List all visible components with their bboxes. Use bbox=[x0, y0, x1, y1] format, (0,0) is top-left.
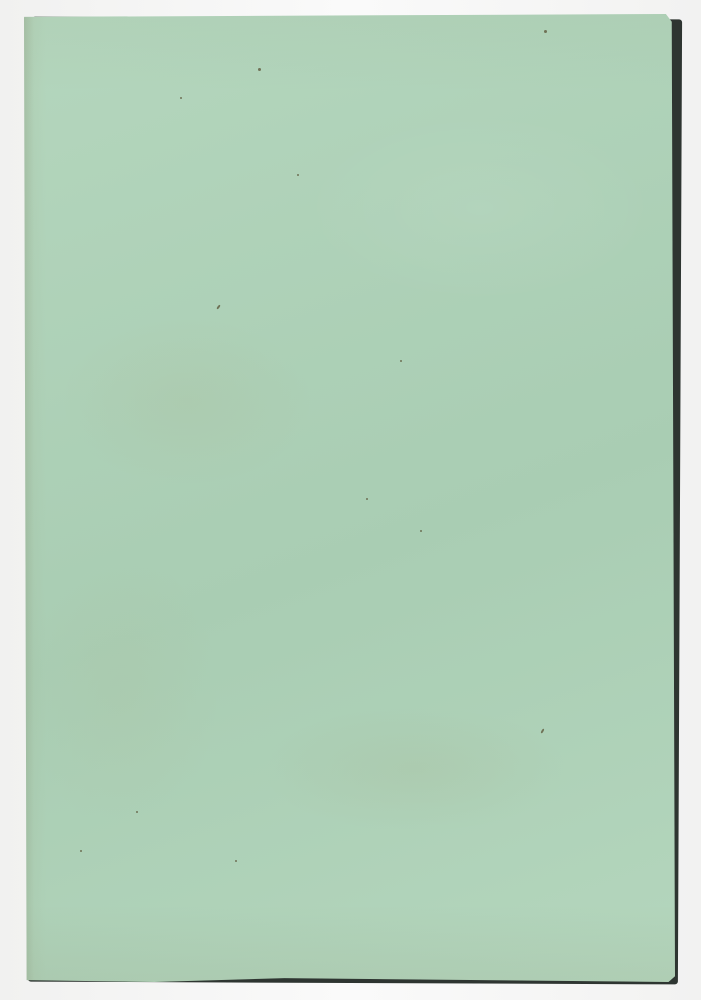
paper-speck bbox=[366, 498, 368, 500]
paper-speck bbox=[400, 360, 402, 362]
paper-surface bbox=[24, 14, 675, 982]
paper-speck bbox=[136, 811, 138, 813]
paper-speck bbox=[80, 850, 82, 852]
paper-speck bbox=[297, 174, 299, 176]
paper-speck bbox=[544, 30, 547, 33]
paper-speck bbox=[180, 97, 182, 99]
paper-speck bbox=[258, 68, 261, 71]
photo-background bbox=[0, 0, 701, 1000]
paper-speck bbox=[420, 530, 422, 532]
paper-sheet bbox=[24, 14, 675, 982]
binding-shadow bbox=[24, 14, 34, 982]
paper-speck bbox=[235, 860, 237, 862]
